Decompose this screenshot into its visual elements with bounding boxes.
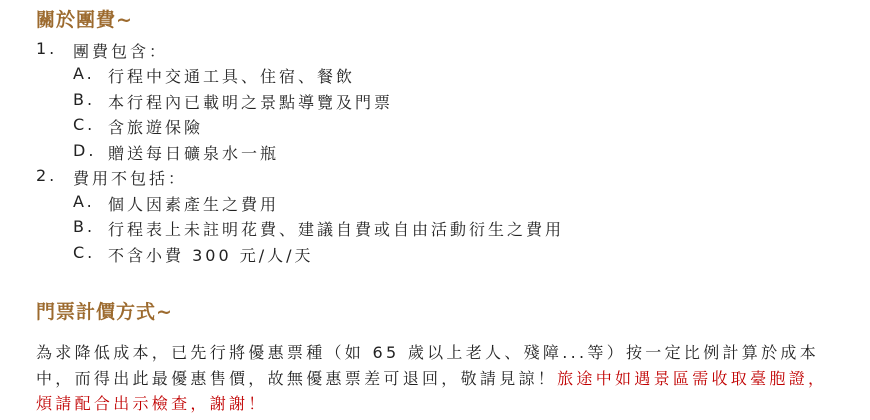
fee-include-a-text: 行程中交通工具、住宿、餐飲 xyxy=(108,64,355,87)
fee-exclude-b-text: 行程表上未註明花費、建議自費或自由活動衍生之費用 xyxy=(108,217,564,240)
heading-ticket-pricing: 門票計價方式~ xyxy=(36,297,173,324)
fee-exclude-c-text: 不含小費 300 元/人/天 xyxy=(108,243,314,266)
fee-item-1-label: 團費包含： xyxy=(73,39,168,62)
fee-include-b-letter: B. xyxy=(73,90,95,109)
fee-item-2-label: 費用不包括： xyxy=(73,166,187,189)
fee-item-2-number: 2. xyxy=(36,166,57,185)
heading-about-fees: 關於團費~ xyxy=(36,5,133,32)
fee-exclude-b-letter: B. xyxy=(73,217,95,236)
fee-include-c-text: 含旅遊保險 xyxy=(108,115,203,138)
fee-exclude-a-text: 個人因素產生之費用 xyxy=(108,192,279,215)
fee-item-1-number: 1. xyxy=(36,39,57,58)
fee-include-a-letter: A. xyxy=(73,64,95,83)
fee-exclude-c-letter: C. xyxy=(73,243,95,262)
fee-include-b-text: 本行程內已載明之景點導覽及門票 xyxy=(108,90,393,113)
fee-exclude-a-letter: A. xyxy=(73,192,95,211)
fee-include-d-text: 贈送每日礦泉水一瓶 xyxy=(108,141,279,164)
fee-include-d-letter: D. xyxy=(73,141,96,160)
fee-include-c-letter: C. xyxy=(73,115,95,134)
ticket-pricing-paragraph: 為求降低成本，已先行將優惠票種（如 65 歲以上老人、殘障...等）按一定比例計… xyxy=(36,340,836,417)
